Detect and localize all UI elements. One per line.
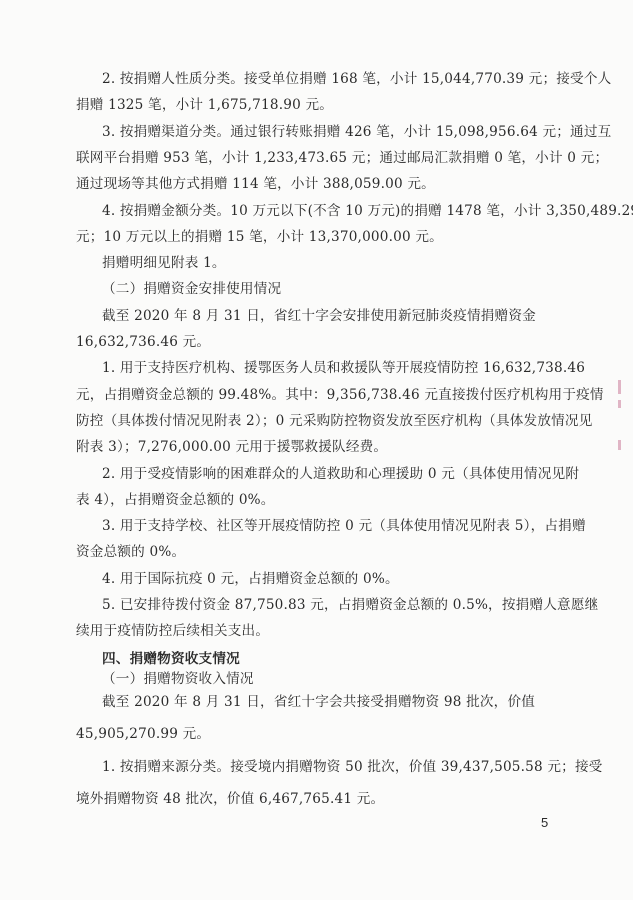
paragraph-line: 3. 按捐赠渠道分类。通过银行转账捐赠 426 笔，小计 15,098,956.… bbox=[102, 123, 611, 141]
paragraph-line: 元，占捐赠资金总额的 99.48%。其中：9,356,738.46 元直接拨付医… bbox=[76, 386, 604, 404]
stamp-mark bbox=[618, 440, 621, 450]
paragraph-line: （二）捐赠资金安排使用情况 bbox=[102, 280, 281, 298]
paragraph-line: 境外捐赠物资 48 批次，价值 6,467,765.41 元。 bbox=[76, 790, 384, 808]
paragraph-line: 表 4），占捐赠资金总额的 0%。 bbox=[76, 491, 275, 509]
subsection-heading: （一）捐赠物资收入情况 bbox=[102, 670, 254, 688]
stamp-mark bbox=[618, 380, 621, 394]
paragraph-line: 45,905,270.99 元。 bbox=[76, 725, 210, 743]
paragraph-line: 4. 用于国际抗疫 0 元，占捐赠资金总额的 0%。 bbox=[102, 570, 399, 588]
stamp-mark bbox=[618, 400, 621, 408]
paragraph-line: 捐赠 1325 笔，小计 1,675,718.90 元。 bbox=[76, 96, 333, 114]
paragraph-line: 附表 3）；7,276,000.00 元用于援鄂救援队经费。 bbox=[76, 438, 387, 456]
paragraph-line: 防控（具体拨付情况见附表 2）；0 元采购防控物资发放至医疗机构（具体发放情况见 bbox=[76, 412, 593, 430]
paragraph-line: 2. 按捐赠人性质分类。接受单位捐赠 168 笔，小计 15,044,770.3… bbox=[102, 70, 611, 88]
section-heading: 四、捐赠物资收支情况 bbox=[102, 650, 240, 668]
paragraph-line: 2. 用于受疫情影响的困难群众的人道救助和心理援助 0 元（具体使用情况见附 bbox=[102, 465, 579, 483]
paragraph-line: 通过现场等其他方式捐赠 114 笔，小计 388,059.00 元。 bbox=[76, 175, 435, 193]
paragraph-line: 16,632,736.46 元。 bbox=[76, 333, 210, 351]
paragraph-line: 5. 已安排待拨付资金 87,750.83 元，占捐赠资金总额的 0.5%，按捐… bbox=[102, 596, 598, 614]
paragraph-line: 捐赠明细见附表 1。 bbox=[102, 254, 226, 272]
paragraph-line: 3. 用于支持学校、社区等开展疫情防控 0 元（具体使用情况见附表 5），占捐赠 bbox=[102, 517, 586, 535]
page-number: 5 bbox=[541, 815, 548, 830]
paragraph-line: 4. 按捐赠金额分类。10 万元以下(不含 10 万元)的捐赠 1478 笔，小… bbox=[102, 202, 633, 220]
paragraph-line: 联网平台捐赠 953 笔，小计 1,233,473.65 元；通过邮局汇款捐赠 … bbox=[76, 149, 608, 167]
paragraph-line: 截至 2020 年 8 月 31 日，省红十字会安排使用新冠肺炎疫情捐赠资金 bbox=[102, 307, 536, 325]
document-page: 2. 按捐赠人性质分类。接受单位捐赠 168 笔，小计 15,044,770.3… bbox=[0, 0, 633, 900]
paragraph-line: 元；10 万元以上的捐赠 15 笔，小计 13,370,000.00 元。 bbox=[76, 228, 443, 246]
paragraph-line: 续用于疫情防控后续相关支出。 bbox=[76, 622, 269, 640]
paragraph-line: 1. 用于支持医疗机构、援鄂医务人员和救援队等开展疫情防控 16,632,738… bbox=[102, 359, 585, 377]
paragraph-line: 资金总额的 0%。 bbox=[76, 543, 185, 561]
paragraph-line: 截至 2020 年 8 月 31 日，省红十字会共接受捐赠物资 98 批次，价值 bbox=[102, 693, 535, 711]
paragraph-line: 1. 按捐赠来源分类。接受境内捐赠物资 50 批次，价值 39,437,505.… bbox=[102, 758, 603, 776]
